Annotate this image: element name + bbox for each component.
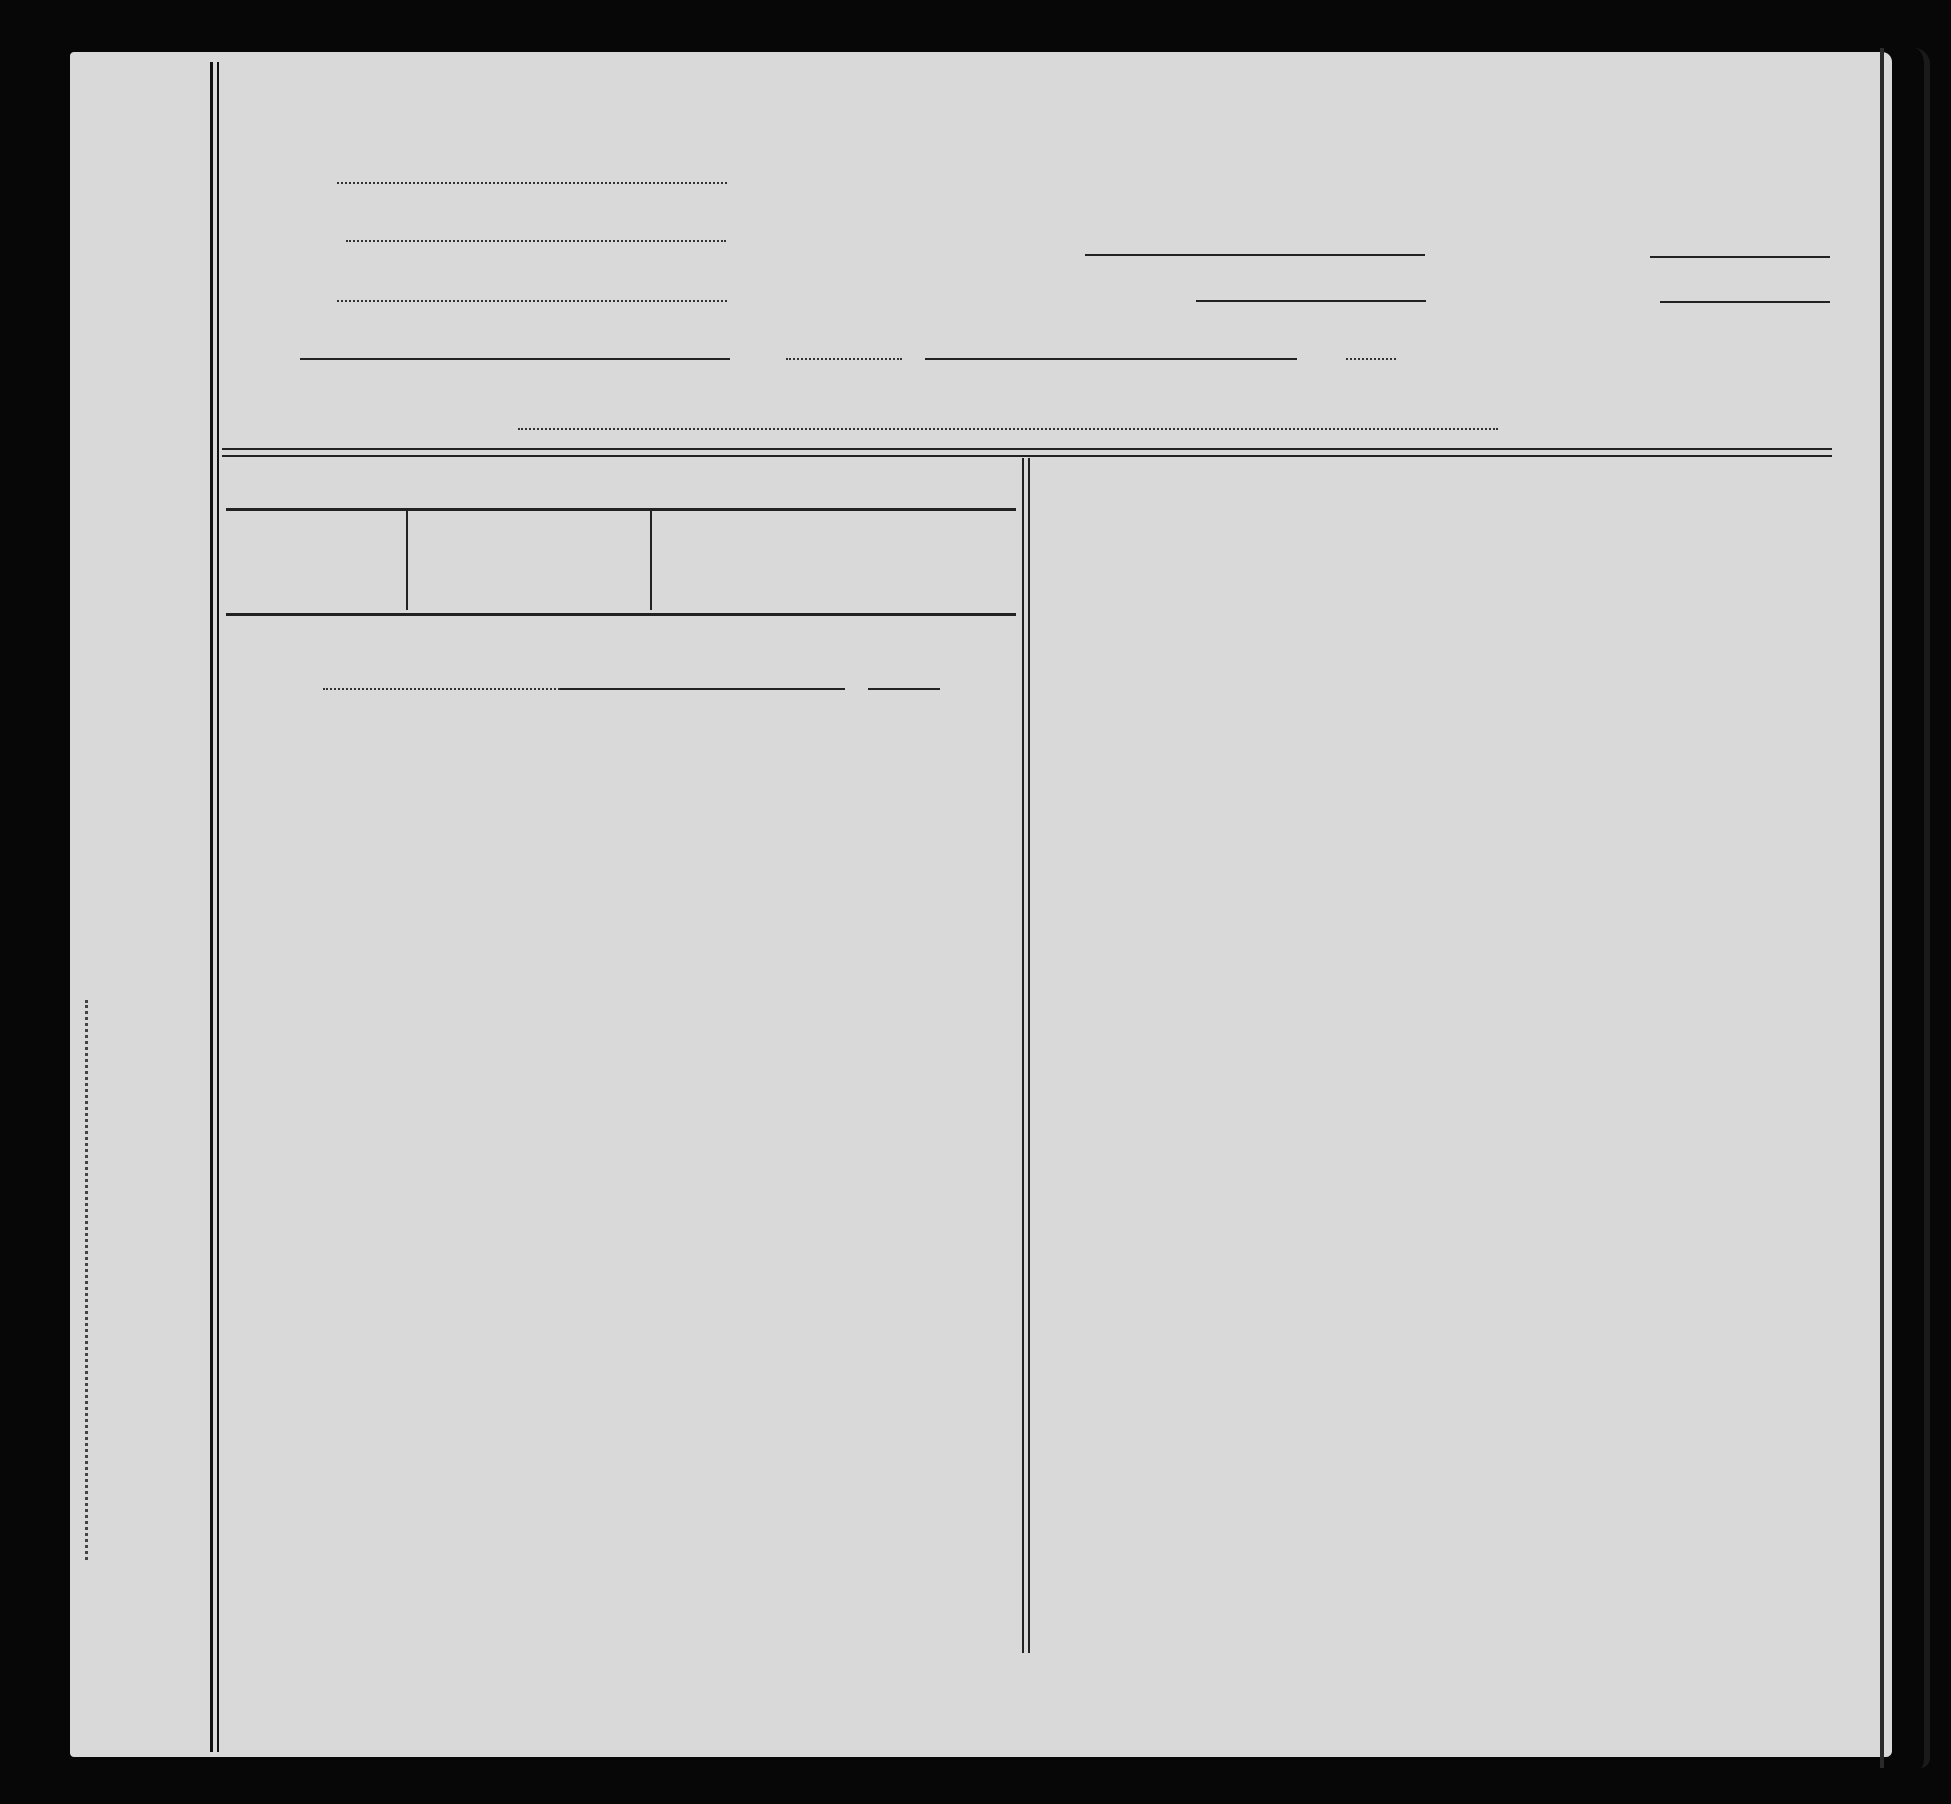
dob-line [560,688,845,690]
certificate-paper [70,52,1892,1757]
center-divider [1022,458,1030,1653]
primary-registration-line [1196,300,1426,302]
file-no-line [1650,256,1830,258]
city-line [300,358,730,360]
rule [650,510,652,610]
rule [226,508,1016,511]
perforation-dots [85,1000,96,1560]
header-divider [222,448,1832,457]
dob-day-line [868,688,940,690]
rule [226,613,1016,616]
left-double-rule [210,62,219,1752]
ward-line [1346,358,1396,360]
registered-no-line [1660,301,1830,303]
village-line [337,300,727,302]
ledger-binding [1880,48,1930,1768]
street-no-line [786,358,902,360]
registration-district-line [1085,254,1425,256]
civil-dist-line [346,240,726,242]
county-line [337,182,727,184]
street-line [925,358,1297,360]
full-name-line [518,428,1498,430]
rule [406,510,408,610]
